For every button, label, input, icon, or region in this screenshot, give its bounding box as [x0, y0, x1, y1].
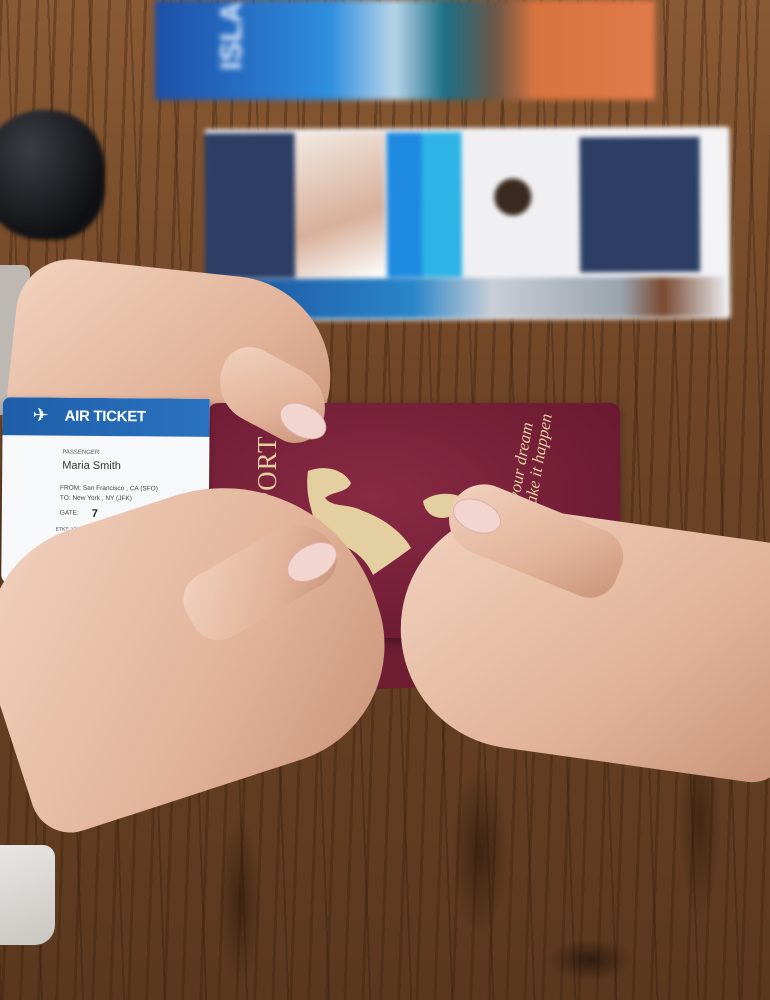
- sleeve-bottom: [0, 845, 55, 945]
- gate-value: 7: [92, 508, 98, 520]
- passenger-name: Maria Smith: [62, 460, 121, 473]
- ticket-title: AIR TICKET: [65, 408, 146, 426]
- brochure-text: ISLA: [215, 2, 249, 70]
- brochure-panel: [422, 132, 463, 277]
- brochure-top: ISLA: [155, 0, 655, 100]
- airplane-icon: ✈: [33, 404, 49, 427]
- to-line: TO: New York , NY (JFK): [60, 495, 132, 503]
- brochure-panel: [205, 133, 296, 278]
- passenger-label: PASSENGER: [62, 450, 99, 456]
- brochure-panel: [463, 131, 589, 277]
- computer-mouse: [0, 110, 105, 240]
- brochure-panel: [387, 132, 423, 277]
- gate-label: GATE:: [60, 510, 79, 517]
- from-line: FROM: San Francisco , CA (SFO): [60, 485, 158, 493]
- ticket-header: ✈ AIR TICKET: [2, 397, 209, 437]
- brochure-panel: [580, 137, 701, 273]
- brochure-panel: [295, 132, 386, 277]
